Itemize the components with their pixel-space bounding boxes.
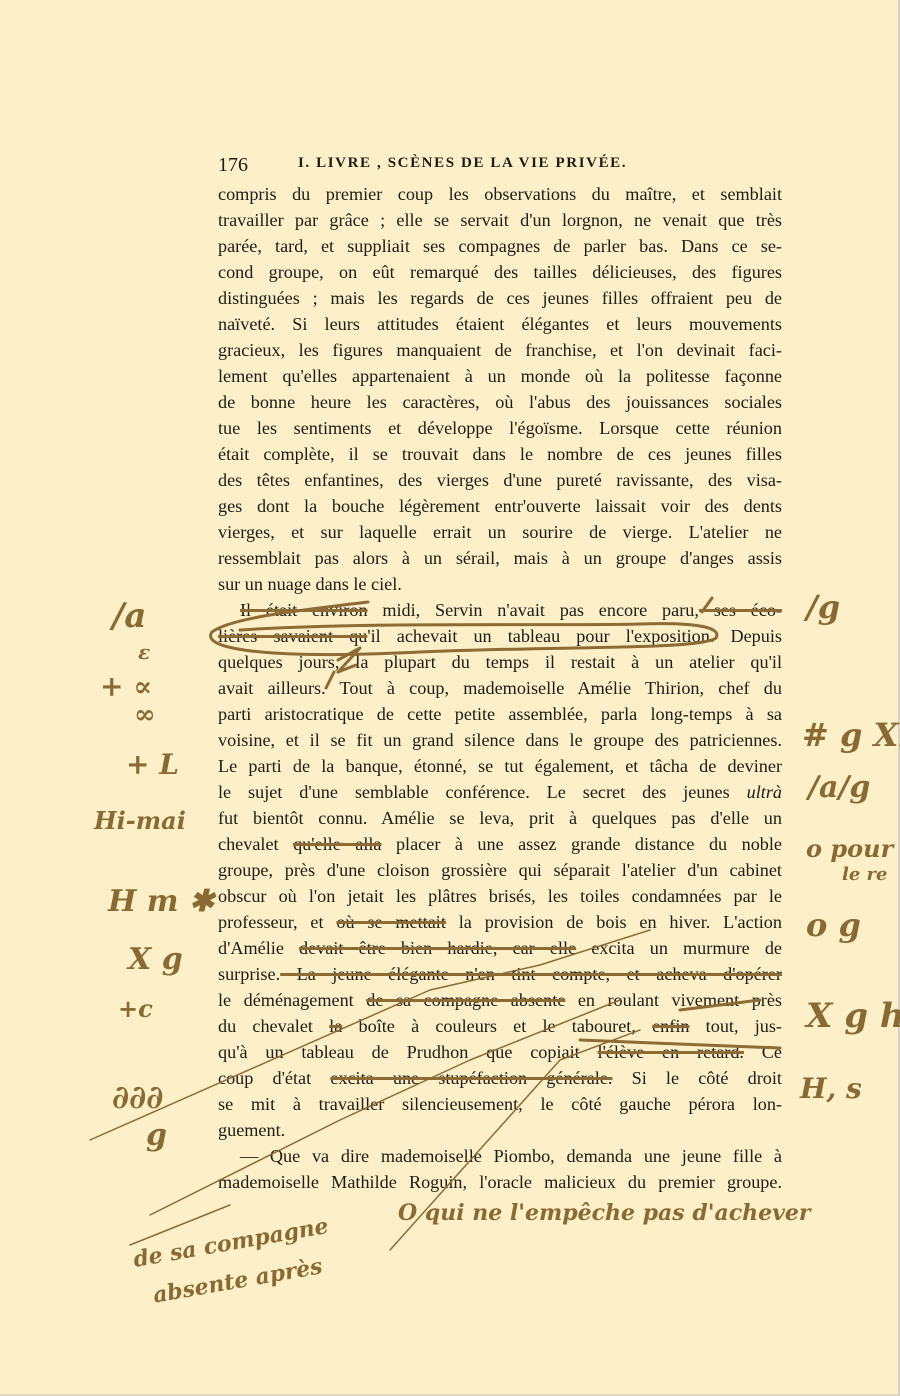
struck-text: l'élève en retard. — [598, 1042, 744, 1062]
text-line: sur un nuage dans le ciel. — [218, 571, 782, 597]
line-text: chevalet — [218, 834, 293, 854]
text-line: avait ailleurs. Tout à coup, mademoisell… — [218, 675, 782, 701]
text-line: cond groupe, on eût remarqué des tailles… — [218, 259, 782, 285]
margin-note: H m ✱ — [108, 884, 214, 919]
struck-text: la — [329, 1016, 342, 1036]
text-line: de bonne heure les caractères, où l'abus… — [218, 389, 782, 415]
margin-note: /a/g — [808, 770, 870, 805]
line-text: Si le côté droit — [612, 1068, 782, 1088]
text-line: fut bientôt connu. Amélie se leva, prit … — [218, 805, 782, 831]
text-line: mademoiselle Mathilde Roguin, l'oracle m… — [218, 1169, 782, 1195]
margin-note: ε — [138, 640, 150, 664]
line-text: le déménagement — [218, 990, 366, 1010]
text-line: se mit à travailler silencieusement, le … — [218, 1091, 782, 1117]
text-line: naïveté. Si leurs attitudes étaient élég… — [218, 311, 782, 337]
text-line: tue les sentiments et développe l'égoïsm… — [218, 415, 782, 441]
body-text: compris du premier coup les observations… — [218, 181, 782, 1195]
line-text: d'Amélie — [218, 938, 299, 958]
line-text: la provision de bois en hiver. L'action — [446, 912, 782, 932]
text-line: était complète, il se trouvait dans le n… — [218, 441, 782, 467]
line-text: Depuis — [714, 626, 782, 646]
margin-note: +c — [118, 994, 153, 1023]
text-line: gracieux, les figures manquaient de fran… — [218, 337, 782, 363]
text-line: professeur, et où se mettait la provisio… — [218, 909, 782, 935]
margin-note: # g Xi — [802, 716, 900, 754]
text-line: ressemblait pas alors à un sérail, mais … — [218, 545, 782, 571]
text-line: Le parti de la banque, étonné, se tut ég… — [218, 753, 782, 779]
text-line: des têtes enfantines, des vierges d'une … — [218, 467, 782, 493]
margin-note: + ∝ — [100, 670, 152, 703]
text-line: lières savaient qu'il achevait un tablea… — [218, 623, 782, 649]
text-line: travailler par grâce ; elle se servait d… — [218, 207, 782, 233]
line-text: Ce — [744, 1042, 782, 1062]
margin-note: X g — [128, 942, 183, 977]
line-text: coup d'état — [218, 1068, 330, 1088]
text-line: coup d'état excita une stupéfaction géné… — [218, 1065, 782, 1091]
text-line: chevalet qu'elle alla placer à une assez… — [218, 831, 782, 857]
text-line: le sujet d'une semblable conférence. Le … — [218, 779, 782, 805]
text-line: le déménagement de sa compagne absente e… — [218, 987, 782, 1013]
margin-note: /a — [112, 596, 146, 636]
margin-note: le re — [842, 864, 888, 885]
line-text: midi, Servin n'avait pas encore paru, — [368, 600, 699, 620]
line-text: tout, jus- — [689, 1016, 782, 1036]
margin-note: X g h — [806, 996, 900, 1036]
margin-note: ∞ — [134, 700, 156, 730]
text-line: compris du premier coup les observations… — [218, 181, 782, 207]
margin-note: /g — [806, 588, 840, 626]
text-line: Il était environ midi, Servin n'avait pa… — [218, 597, 782, 623]
line-text: excita un murmure de — [576, 938, 782, 958]
text-line: groupe, près d'une cloison grossière qui… — [218, 857, 782, 883]
text-line: vierges, et sur laquelle errait un souri… — [218, 519, 782, 545]
text-line: parée, tard, et suppliait ses compagnes … — [218, 233, 782, 259]
text-line: guement. — [218, 1117, 782, 1143]
line-text: placer à une assez grande distance du no… — [382, 834, 783, 854]
struck-text: excita une stupéfaction générale. — [330, 1068, 612, 1088]
line-text: le sujet d'une semblable conférence. Le … — [218, 782, 747, 802]
struck-text: La jeune élégante n'en tint compte, et a… — [280, 964, 782, 984]
struck-text: devait être bien hardie, car elle — [299, 938, 576, 958]
running-head: 176 I. LIVRE , SCÈNES DE LA VIE PRIVÉE. — [218, 152, 782, 178]
text-line: voisine, et il se fit un grand silence d… — [218, 727, 782, 753]
margin-note: H, s — [800, 1072, 862, 1105]
text-line: ges dont la bouche légèrement entr'ouver… — [218, 493, 782, 519]
line-text: surprise. — [218, 964, 280, 984]
circled-text: 'il achevait un tableau pour l'expositio… — [367, 626, 714, 646]
text-line: — Que va dire mademoiselle Piombo, deman… — [218, 1143, 782, 1169]
margin-note: o g — [806, 906, 861, 944]
text-line: parti aristocratique de cette petite ass… — [218, 701, 782, 727]
struck-text: enfin — [652, 1016, 689, 1036]
bottom-note: O qui ne l'empêche pas d'achever — [398, 1200, 810, 1226]
text-line: d'Amélie devait être bien hardie, car el… — [218, 935, 782, 961]
text-line: lement qu'elles appartenaient à un monde… — [218, 363, 782, 389]
struck-text: de sa compagne absente — [366, 990, 565, 1010]
margin-note: o pour — [806, 834, 893, 863]
struck-text: où se mettait — [336, 912, 446, 932]
margin-note: g — [146, 1118, 167, 1153]
text-line: du chevalet la boîte à couleurs et le ta… — [218, 1013, 782, 1039]
line-text: professeur, et — [218, 912, 336, 932]
text-line: surprise. La jeune élégante n'en tint co… — [218, 961, 782, 987]
struck-text: lières savaient qu — [218, 626, 367, 646]
text-line: qu'à un tableau de Prudhon que copiait l… — [218, 1039, 782, 1065]
struck-text: qu'elle alla — [293, 834, 381, 854]
text-line: obscur où l'on jetait les plâtres brisés… — [218, 883, 782, 909]
margin-note: ∂∂∂ — [112, 1078, 163, 1116]
header-title: I. LIVRE , SCÈNES DE LA VIE PRIVÉE. — [298, 155, 627, 172]
text-line: distinguées ; mais les regards de ces je… — [218, 285, 782, 311]
margin-note: + L — [126, 748, 179, 781]
margin-note: Hi-mai — [94, 806, 186, 835]
struck-text: ses éco- — [699, 600, 782, 620]
line-text: en roulant vivement près — [565, 990, 782, 1010]
italic-word: ultrà — [747, 782, 782, 802]
line-text: qu'à un tableau de Prudhon que copiait — [218, 1042, 598, 1062]
struck-text: Il était environ — [240, 600, 368, 620]
text-line: quelques jours, la plupart du temps il r… — [218, 649, 782, 675]
line-text: du chevalet — [218, 1016, 329, 1036]
page-number: 176 — [218, 154, 248, 177]
line-text: boîte à couleurs et le tabouret, — [342, 1016, 652, 1036]
